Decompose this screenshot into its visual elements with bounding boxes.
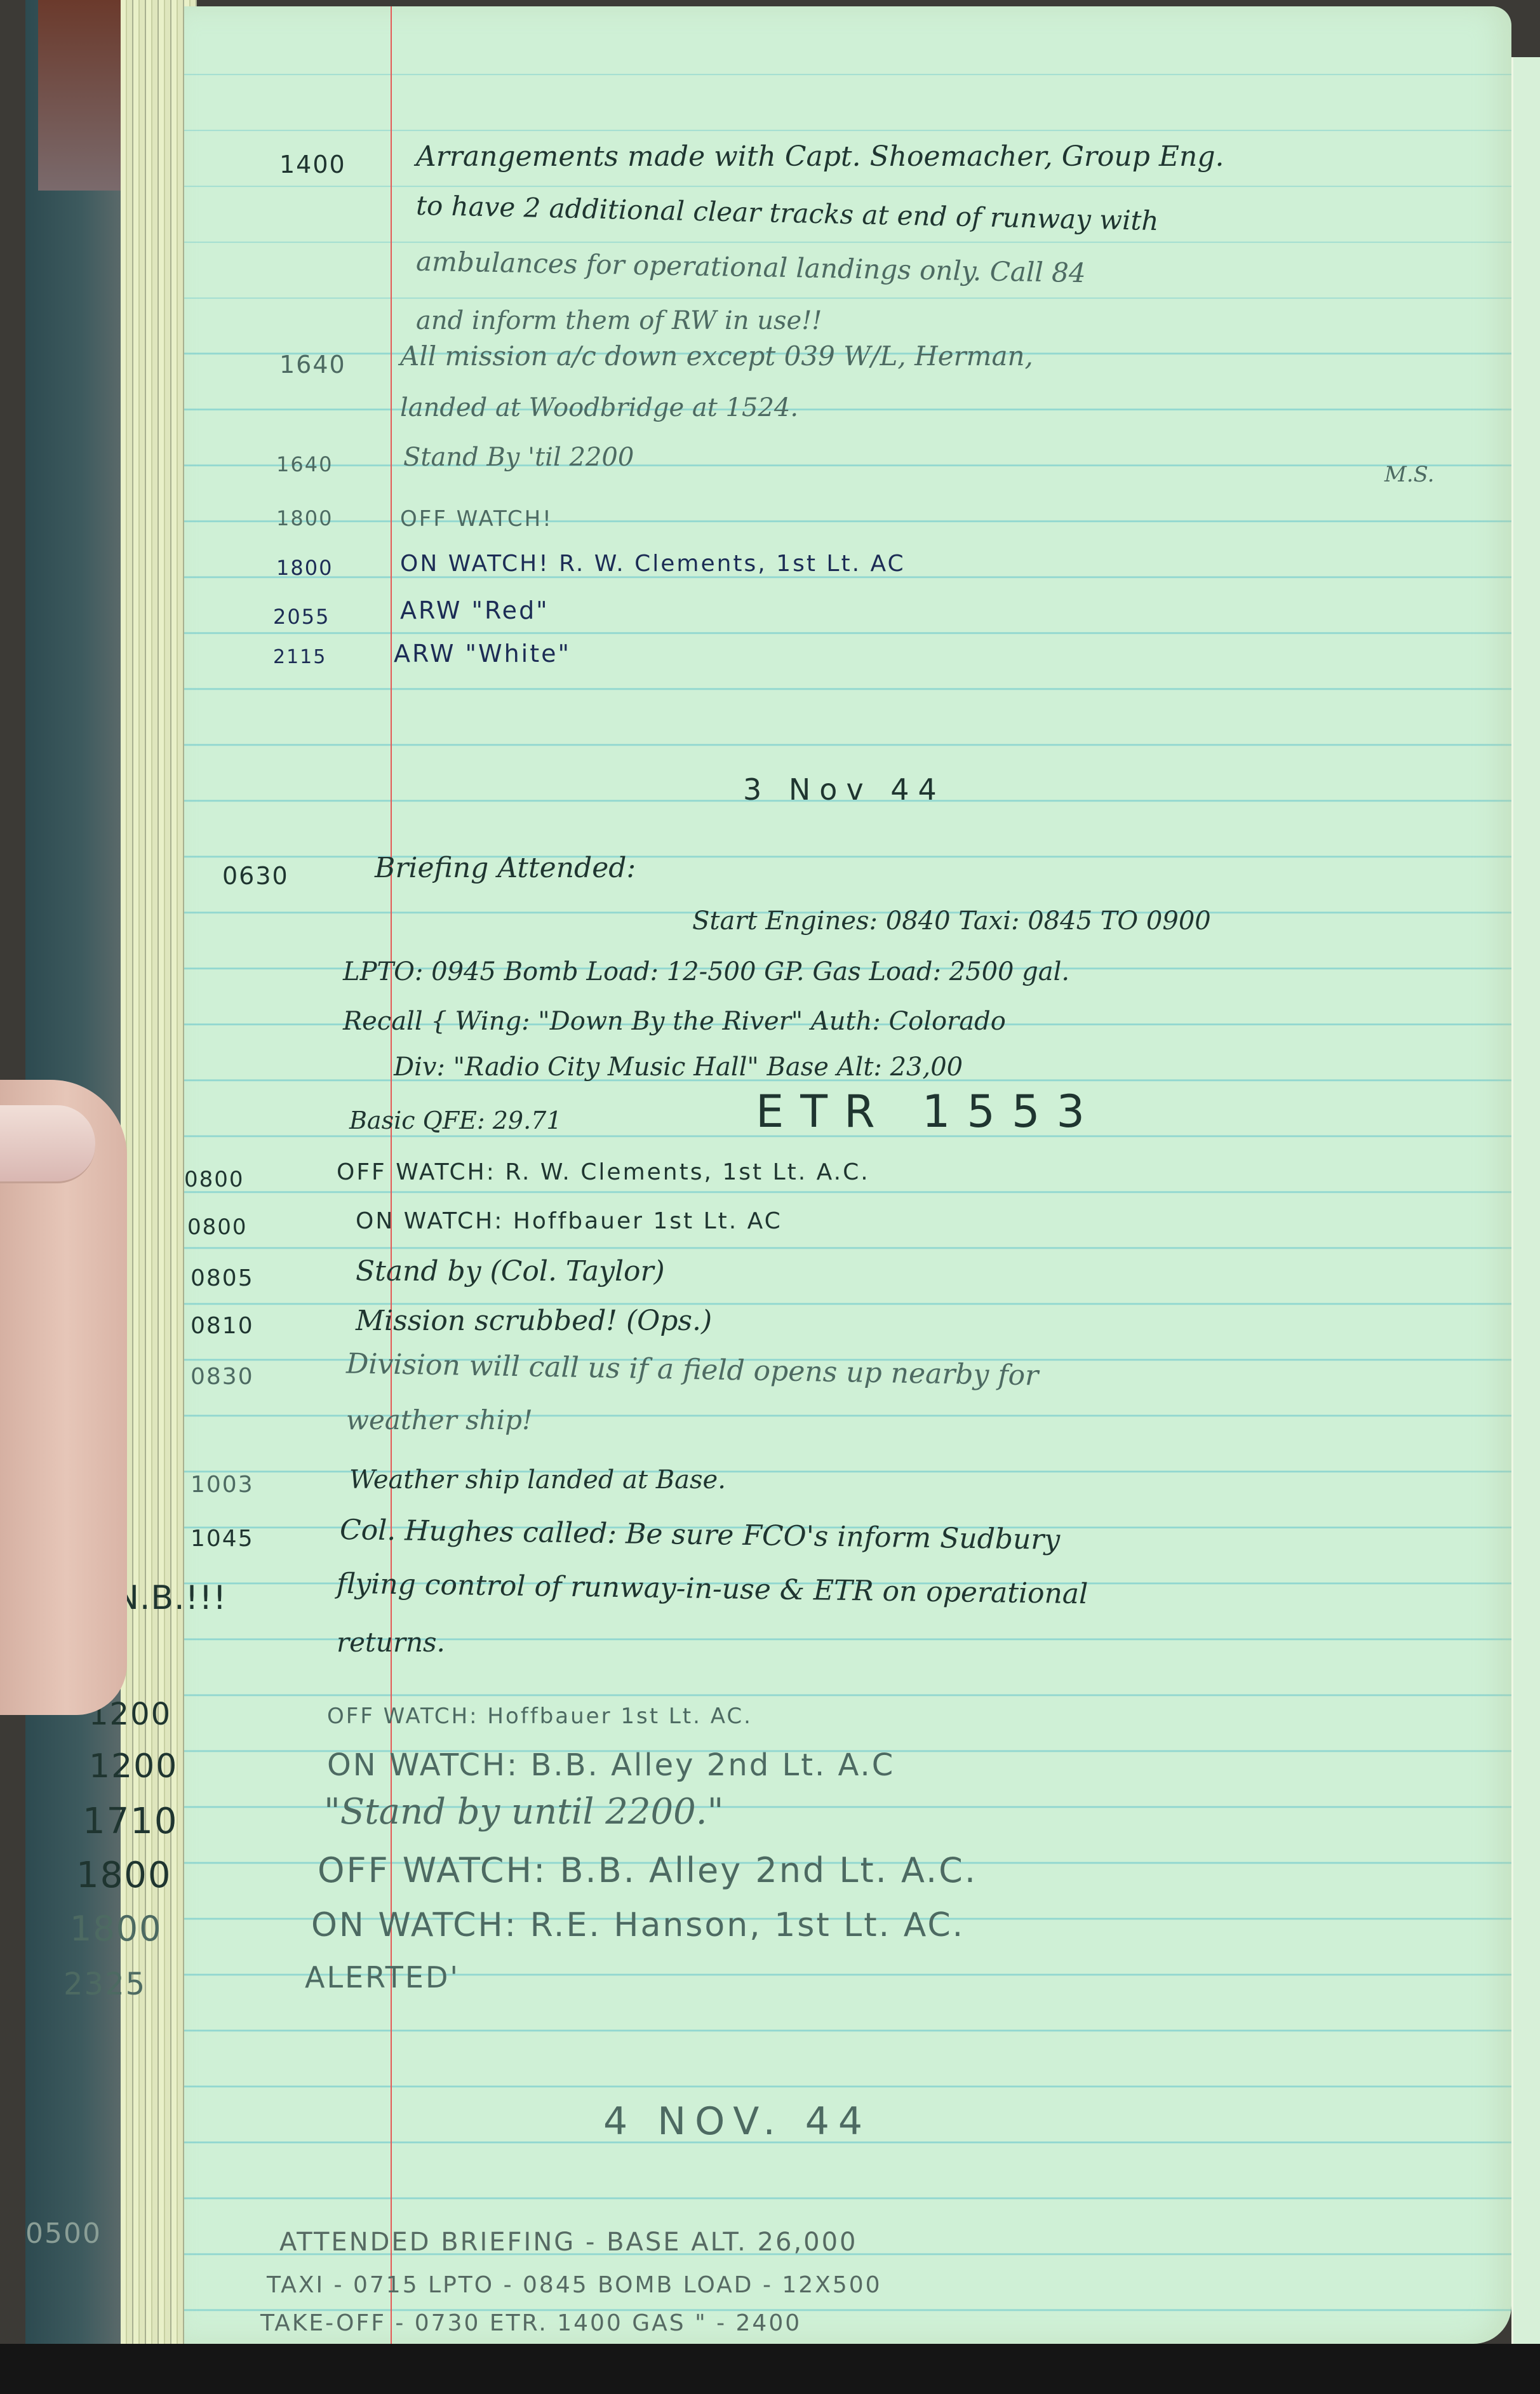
entry-time: 2055 bbox=[273, 607, 330, 627]
entry-text: weather ship! bbox=[346, 1407, 533, 1434]
entry-time: 1800 bbox=[70, 1912, 162, 1946]
entry-text: ambulances for operational landings only… bbox=[416, 248, 1086, 286]
entry-time: 0830 bbox=[191, 1366, 254, 1389]
entry-text: All mission a/c down except 039 W/L, Her… bbox=[400, 343, 1033, 370]
entry-text: flying control of runway-in-use & ETR on… bbox=[337, 1570, 1088, 1609]
entry-text: "Stand by until 2200." bbox=[324, 1794, 723, 1830]
briefing-line: LPTO: 0945 Bomb Load: 12-500 GP. Gas Loa… bbox=[343, 959, 1069, 985]
entry-time: 1800 bbox=[276, 558, 333, 578]
entry-text: landed at Woodbridge at 1524. bbox=[400, 395, 798, 420]
entry-time: 1800 bbox=[276, 508, 333, 528]
entry-text: OFF WATCH: R. W. Clements, 1st Lt. A.C. bbox=[337, 1161, 870, 1184]
entry-time: 1003 bbox=[191, 1474, 254, 1496]
thumbnail bbox=[0, 1105, 95, 1183]
briefing-line: Recall { Wing: "Down By the River" Auth:… bbox=[343, 1009, 1006, 1034]
facing-page-edge bbox=[1511, 57, 1540, 2344]
entry-text: to have 2 additional clear tracks at end… bbox=[416, 192, 1159, 234]
entry-time: 1045 bbox=[191, 1528, 254, 1550]
entry-time: 1710 bbox=[83, 1804, 178, 1839]
entry-time: 0810 bbox=[191, 1315, 254, 1338]
date-heading: 4 NOV. 44 bbox=[603, 2102, 871, 2141]
book-spine-worn-top bbox=[38, 0, 127, 191]
entry-time: 1640 bbox=[279, 353, 346, 377]
entry-text: Briefing Attended: bbox=[375, 854, 636, 882]
entry-text: Division will call us if a field opens u… bbox=[346, 1350, 1039, 1390]
briefing-line: TAKE-OFF - 0730 ETR. 1400 GAS " - 2400 bbox=[260, 2312, 801, 2335]
entry-time: 2325 bbox=[64, 1969, 146, 2000]
entry-text: returns. bbox=[337, 1629, 445, 1656]
entry-text: and inform them of RW in use!! bbox=[416, 308, 822, 333]
entry-text: Arrangements made with Capt. Shoemacher,… bbox=[416, 143, 1224, 171]
entry-text: ALERTED' bbox=[305, 1963, 460, 1992]
briefing-line: ATTENDED BRIEFING - BASE ALT. 26,000 bbox=[279, 2229, 858, 2255]
entry-time: 0500 bbox=[25, 2220, 102, 2248]
entry-time: 0800 bbox=[187, 1216, 248, 1238]
entry-time: 0630 bbox=[222, 864, 289, 888]
entry-time: 1200 bbox=[89, 1750, 178, 1783]
entry-time: 1640 bbox=[276, 454, 333, 474]
entry-time: 1800 bbox=[76, 1858, 172, 1893]
nota-bene-marker: N.B.!!! bbox=[114, 1582, 227, 1615]
entry-text: OFF WATCH! bbox=[400, 508, 553, 530]
date-heading: 3 Nov 44 bbox=[743, 775, 946, 804]
briefing-line: Div: "Radio City Music Hall" Base Alt: 2… bbox=[394, 1054, 963, 1080]
entry-text: ON WATCH: Hoffbauer 1st Lt. AC bbox=[356, 1210, 782, 1233]
entry-text: ARW "White" bbox=[394, 642, 571, 666]
entry-time: 1400 bbox=[279, 152, 346, 177]
entry-text: Mission scrubbed! (Ops.) bbox=[356, 1307, 712, 1335]
entry-text: Stand by (Col. Taylor) bbox=[356, 1258, 665, 1286]
initials: M.S. bbox=[1384, 464, 1435, 485]
entry-text: ON WATCH! R. W. Clements, 1st Lt. AC bbox=[400, 553, 906, 575]
briefing-line: TAXI - 0715 LPTO - 0845 BOMB LOAD - 12X5… bbox=[267, 2274, 882, 2297]
briefing-line: Basic QFE: 29.71 bbox=[349, 1108, 562, 1133]
briefing-line: Start Engines: 0840 Taxi: 0845 TO 0900 bbox=[692, 908, 1211, 934]
entry-time: 0800 bbox=[184, 1169, 244, 1190]
entry-text: OFF WATCH: B.B. Alley 2nd Lt. A.C. bbox=[318, 1853, 977, 1888]
entry-text: OFF WATCH: Hoffbauer 1st Lt. AC. bbox=[327, 1705, 753, 1727]
etr-emphasis: ETR 1553 bbox=[756, 1089, 1101, 1134]
background-shadow bbox=[0, 2344, 1540, 2394]
entry-text: ON WATCH: B.B. Alley 2nd Lt. A.C bbox=[327, 1750, 895, 1780]
entry-time: 0805 bbox=[191, 1267, 254, 1290]
entry-text: Weather ship landed at Base. bbox=[349, 1467, 726, 1493]
thumb-holding-book bbox=[0, 1080, 127, 1715]
entry-text: ON WATCH: R.E. Hanson, 1st Lt. AC. bbox=[311, 1909, 965, 1942]
entry-text: Stand By 'til 2200 bbox=[403, 445, 634, 470]
entry-text: Col. Hughes called: Be sure FCO's inform… bbox=[340, 1516, 1061, 1554]
entry-text: ARW "Red" bbox=[400, 598, 549, 622]
entry-time: 2115 bbox=[273, 648, 326, 667]
logbook-page: 1400 Arrangements made with Capt. Shoema… bbox=[184, 6, 1511, 2344]
